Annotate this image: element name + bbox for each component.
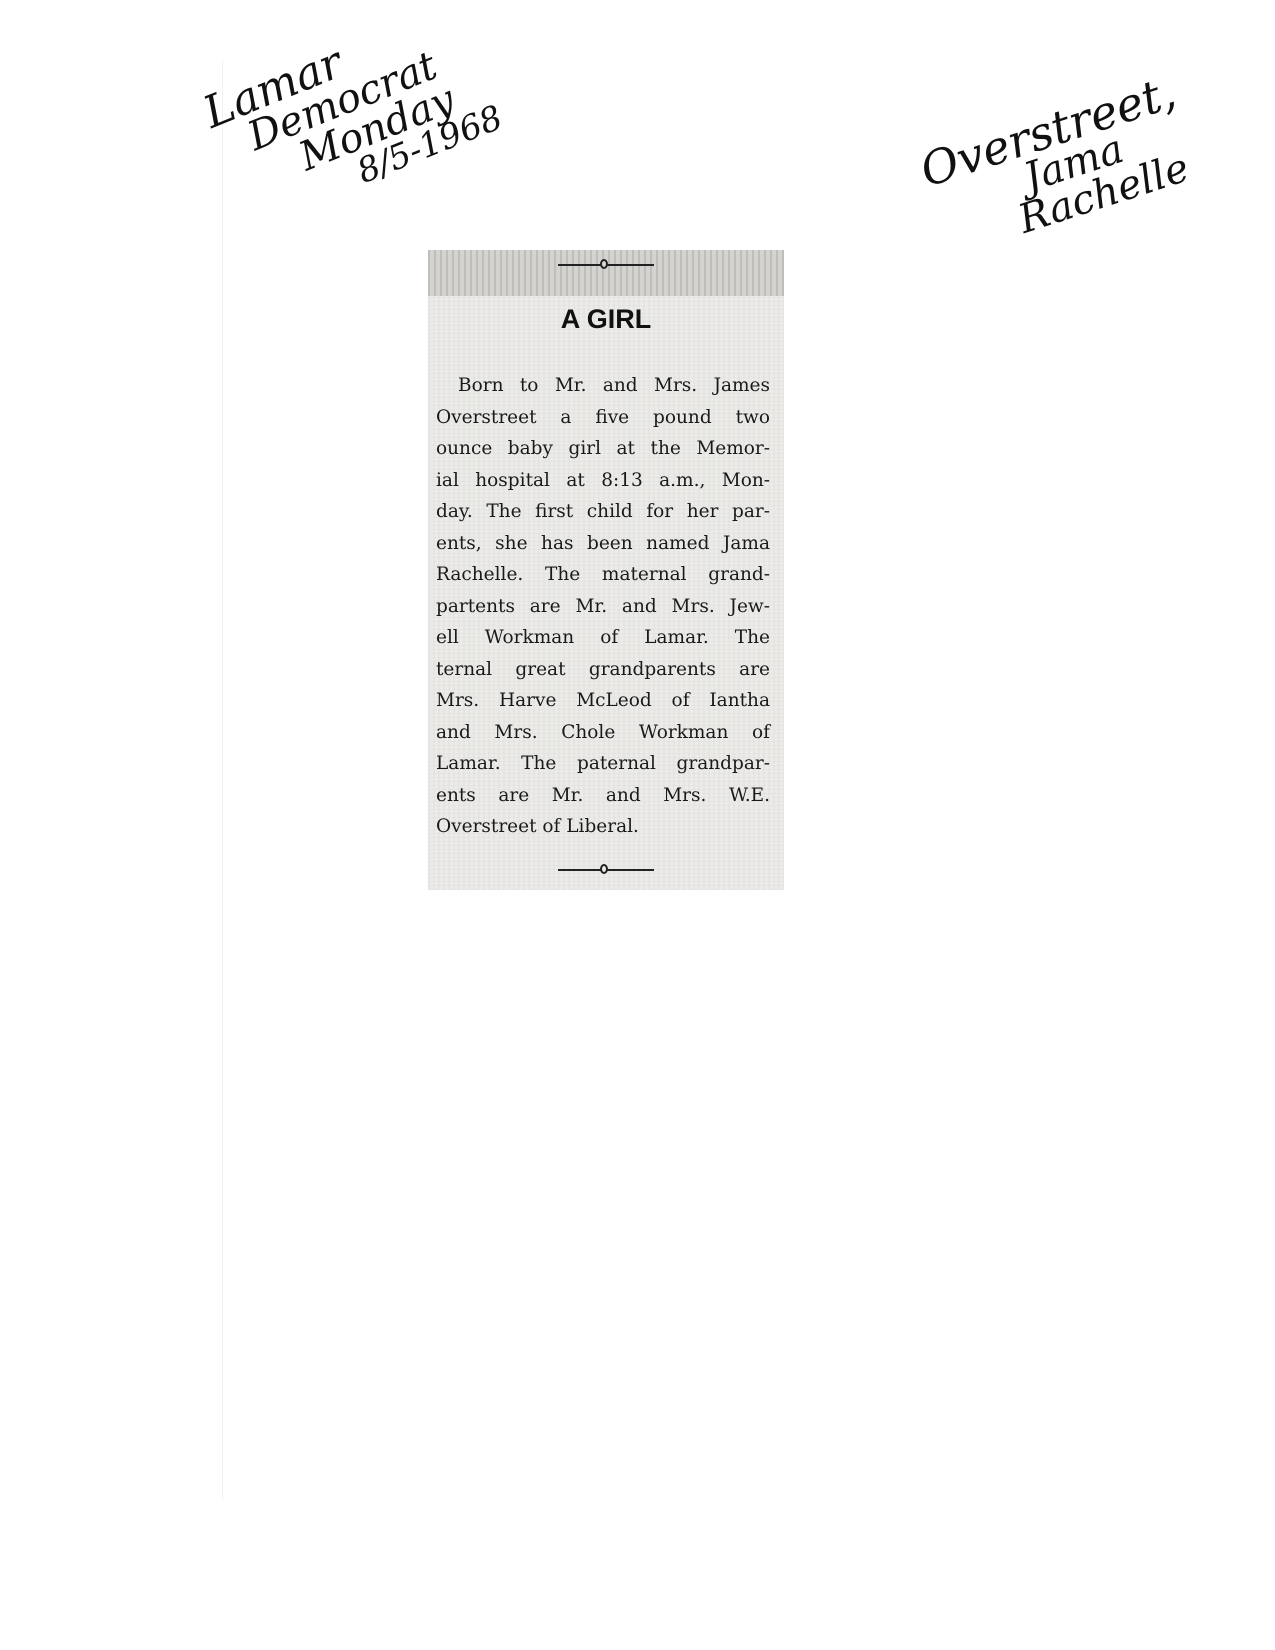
ornamental-rule-icon	[558, 864, 654, 876]
body-line: ial hospital at 8:13 a.m., Mon-	[436, 465, 770, 497]
clipping-torn-header	[428, 250, 784, 296]
body-line: Rachelle. The maternal grand-	[436, 559, 770, 591]
ornamental-rule-icon	[558, 259, 654, 271]
clipping-body: Born to Mr. and Mrs. James Overstreet a …	[436, 370, 770, 843]
handwritten-source-note: Lamar Democrat Monday 8/5-1968	[198, 0, 507, 234]
body-line: Lamar. The paternal grandpar-	[436, 748, 770, 780]
body-line: Born to Mr. and Mrs. James	[436, 370, 770, 402]
body-line: ents are Mr. and Mrs. W.E.	[436, 780, 770, 812]
newspaper-clipping: A GIRL Born to Mr. and Mrs. James Overst…	[428, 250, 784, 890]
body-line: ell Workman of Lamar. The	[436, 622, 770, 654]
handwritten-name-note: Overstreet, Jama Rachelle	[915, 68, 1204, 264]
body-line: Mrs. Harve McLeod of Iantha	[436, 685, 770, 717]
body-line: ternal great grandparents are	[436, 654, 770, 686]
scan-page-edge	[222, 60, 223, 1500]
body-line: Overstreet of Liberal.	[436, 811, 770, 843]
body-line: ounce baby girl at the Memor-	[436, 433, 770, 465]
body-line: partents are Mr. and Mrs. Jew-	[436, 591, 770, 623]
body-line: Overstreet a five pound two	[436, 402, 770, 434]
body-line: day. The first child for her par-	[436, 496, 770, 528]
body-line: ents, she has been named Jama	[436, 528, 770, 560]
body-line: and Mrs. Chole Workman of	[436, 717, 770, 749]
clipping-headline: A GIRL	[428, 304, 784, 335]
